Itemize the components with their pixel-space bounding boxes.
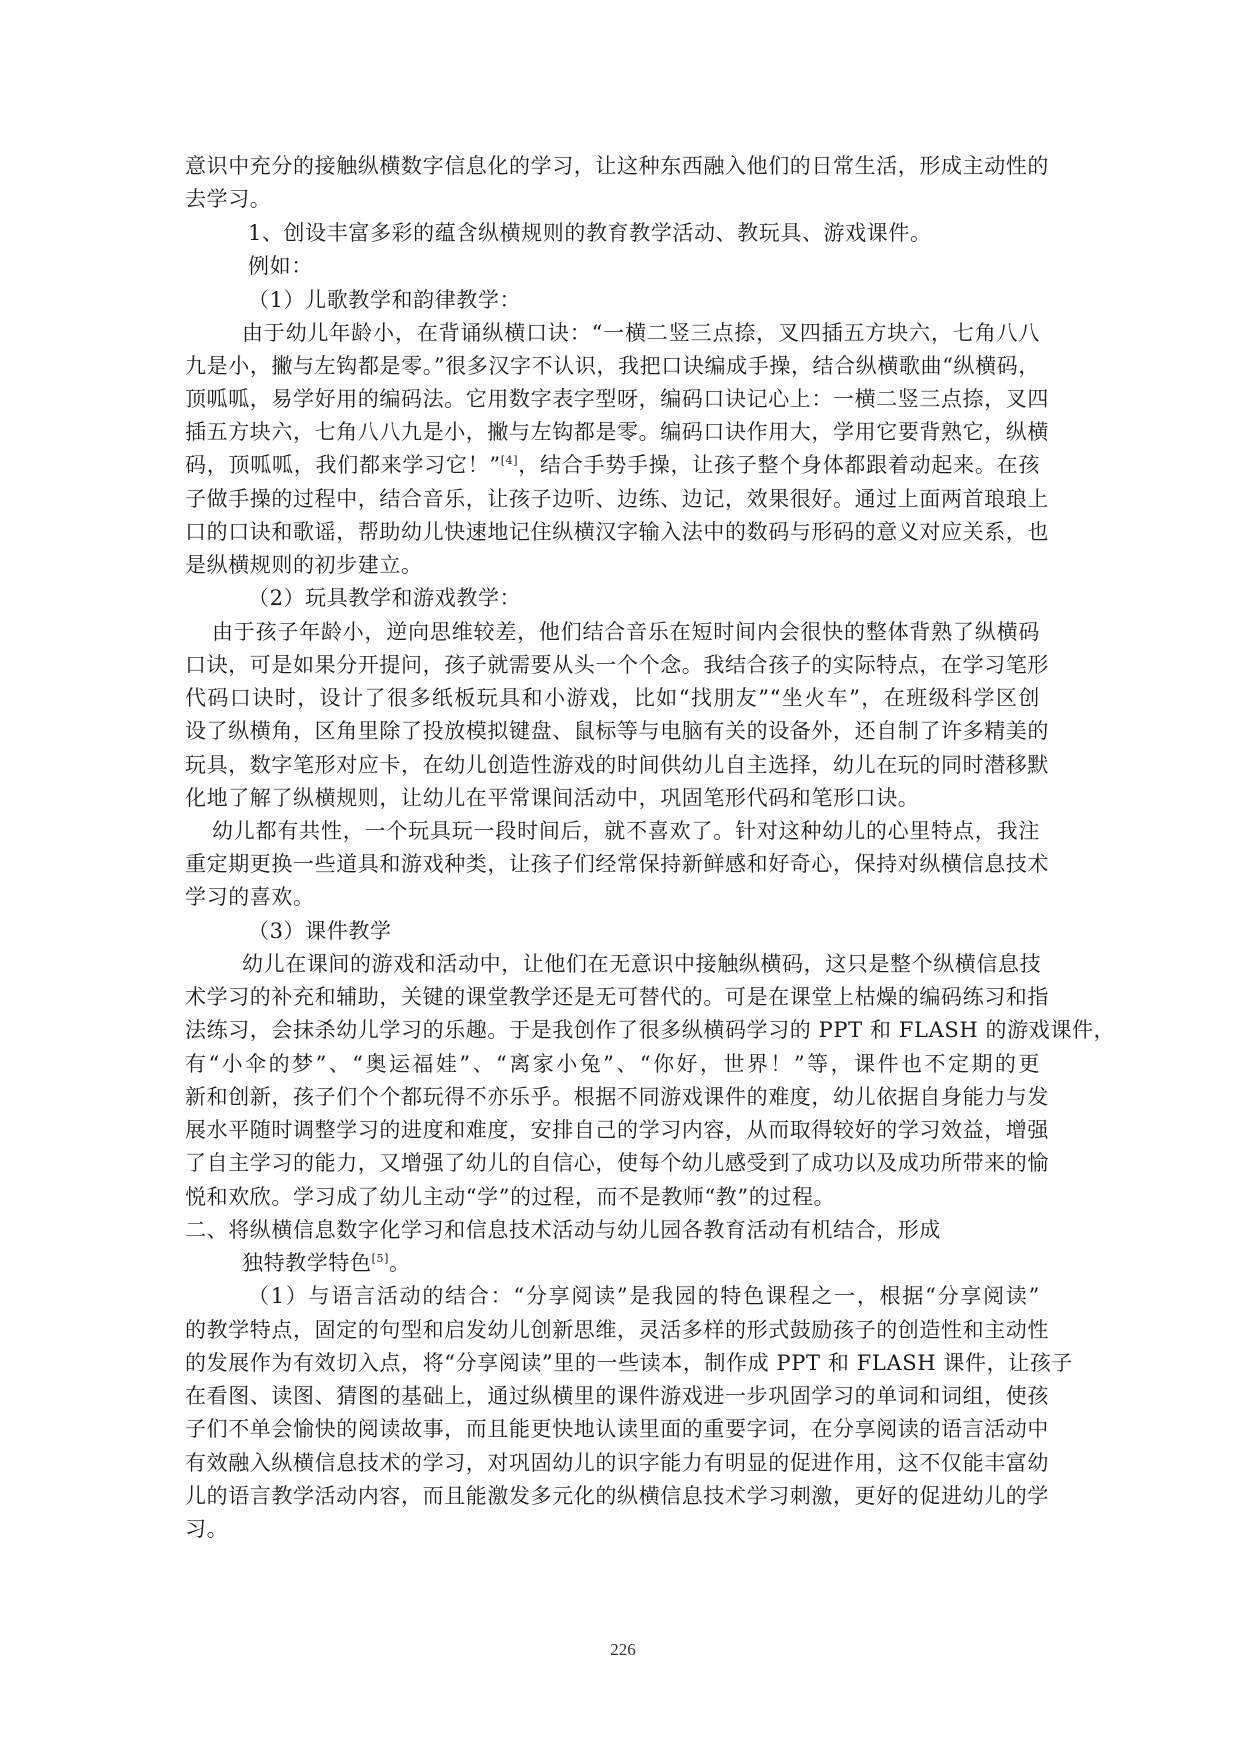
text-line: 子做手操的过程中，结合音乐，让孩子边听、边练、边记，效果很好。通过上面两首琅琅上 <box>185 486 1040 512</box>
text-line: 意识中充分的接触纵横数字信息化的学习，让这种东西融入他们的日常生活，形成主动性的 <box>185 153 1040 179</box>
text-line: 去学习。 <box>185 186 1040 212</box>
text-line: 插五方块六，七角八八九是小，撇与左钩都是零。编码口诀作用大，学用它要背熟它，纵横 <box>185 419 1040 445</box>
line-text: 顶呱呱，易学好用的编码法。它用数字表字型呀，编码口诀记心上：一横二竖三点捺，叉四 <box>185 387 1049 411</box>
text-line: 玩具，数字笔形对应卡，在幼儿创造性游戏的时间供幼儿自主选择，幼儿在玩的同时潜移默 <box>185 752 1040 778</box>
text-line: 展水平随时调整学习的进度和难度，安排自己的学习内容，从而取得较好的学习效益，增强 <box>185 1117 1040 1143</box>
line-text: 展水平随时调整学习的进度和难度，安排自己的学习内容，从而取得较好的学习效益，增强 <box>185 1118 1049 1142</box>
line-text: 二、将纵横信息数字化学习和信息技术活动与幼儿园各教育活动有机结合，形成 <box>185 1218 941 1242</box>
line-text: 口的口诀和歌谣，帮助幼儿快速地记住纵横汉字输入法中的数码与形码的意义对应关系，也 <box>185 520 1049 544</box>
line-text: 代码口诀时，设计了很多纸板玩具和小游戏，比如“找朋友”“坐火车”，在班级科学区创 <box>185 686 1040 710</box>
text-line: 学习的喜欢。 <box>185 884 1040 910</box>
text-line: 新和创新，孩子们个个都玩得不亦乐乎。根据不同游戏课件的难度，幼儿依据自身能力与发 <box>185 1084 1040 1110</box>
line-text: 意识中充分的接触纵横数字信息化的学习，让这种东西融入他们的日常生活，形成主动性的 <box>185 154 1049 178</box>
line-text: 法练习，会抹杀幼儿学习的乐趣。于是我创作了很多纵横码学习的 PPT 和 FLAS… <box>185 1018 1115 1042</box>
text-line: （1）与语言活动的结合：“分享阅读”是我园的特色课程之一，根据“分享阅读” <box>248 1283 1040 1309</box>
line-text: 习。 <box>185 1517 228 1541</box>
text-line: 码，顶呱呱，我们都来学习它！”[4]，结合手势手操，让孩子整个身体都跟着动起来。… <box>185 452 1040 478</box>
text-line: 的教学特点，固定的句型和启发幼儿创新思维，灵活多样的形式鼓励孩子的创造性和主动性 <box>185 1317 1040 1343</box>
line-text: 化地了解了纵横规则，让幼儿在平常课间活动中，巩固笔形代码和笔形口诀。 <box>185 786 919 810</box>
line-text: 插五方块六，七角八八九是小，撇与左钩都是零。编码口诀作用大，学用它要背熟它，纵横 <box>185 420 1049 444</box>
line-text: 由于幼儿年龄小，在背诵纵横口诀：“一横二竖三点捺，叉四插五方块六，七角八八 <box>242 321 1040 345</box>
line-text: 独特教学特色 <box>242 1251 372 1275</box>
line-text: 由于孩子年龄小，逆向思维较差，他们结合音乐在短时间内会很快的整体背熟了纵横码 <box>212 620 1040 644</box>
line-text-continued: ，结合手势手操，让孩子整个身体都跟着动起来。在孩 <box>518 453 1040 477</box>
text-line: 例如： <box>248 253 1040 279</box>
line-text: 子做手操的过程中，结合音乐，让孩子边听、边练、边记，效果很好。通过上面两首琅琅上 <box>185 487 1049 511</box>
text-line: 由于幼儿年龄小，在背诵纵横口诀：“一横二竖三点捺，叉四插五方块六，七角八八 <box>242 320 1040 346</box>
line-text: （2）玩具教学和游戏教学： <box>248 586 521 610</box>
page-number: 226 <box>0 1640 1246 1660</box>
text-line: （2）玩具教学和游戏教学： <box>248 585 1040 611</box>
text-line: 九是小，撇与左钩都是零。”很多汉字不认识，我把口诀编成手操，结合纵横歌曲“纵横码… <box>185 353 1040 379</box>
text-line: 口的口诀和歌谣，帮助幼儿快速地记住纵横汉字输入法中的数码与形码的意义对应关系，也 <box>185 519 1040 545</box>
line-text-continued: 。 <box>389 1251 411 1275</box>
text-line: 代码口诀时，设计了很多纸板玩具和小游戏，比如“找朋友”“坐火车”，在班级科学区创 <box>185 685 1040 711</box>
text-line: 法练习，会抹杀幼儿学习的乐趣。于是我创作了很多纵横码学习的 PPT 和 FLAS… <box>185 1017 1040 1043</box>
line-text: 重定期更换一些道具和游戏种类，让孩子们经常保持新鲜感和好奇心，保持对纵横信息技术 <box>185 852 1049 876</box>
text-line: 有效融入纵横信息技术的学习，对巩固幼儿的识字能力有明显的促进作用，这不仅能丰富幼 <box>185 1450 1040 1476</box>
citation-ref: [4] <box>501 454 518 467</box>
text-line: 顶呱呱，易学好用的编码法。它用数字表字型呀，编码口诀记心上：一横二竖三点捺，叉四 <box>185 386 1040 412</box>
text-line: 设了纵横角，区角里除了投放模拟键盘、鼠标等与电脑有关的设备外，还自制了许多精美的 <box>185 718 1040 744</box>
line-text: 是纵横规则的初步建立。 <box>185 553 423 577</box>
text-line: 悦和欢欣。学习成了幼儿主动“学”的过程，而不是教师“教”的过程。 <box>185 1184 1040 1210</box>
text-line: 习。 <box>185 1516 1040 1542</box>
text-line: 儿的语言教学活动内容，而且能激发多元化的纵横信息技术学习刺激，更好的促进幼儿的学 <box>185 1483 1040 1509</box>
line-text: 幼儿在课间的游戏和活动中，让他们在无意识中接触纵横码，这只是整个纵横信息技 <box>242 952 1041 976</box>
line-text: 玩具，数字笔形对应卡，在幼儿创造性游戏的时间供幼儿自主选择，幼儿在玩的同时潜移默 <box>185 753 1049 777</box>
citation-ref: [5] <box>372 1252 389 1265</box>
line-text: 有“小伞的梦”、“奥运福娃”、“离家小兔”、“你好，世界！”等，课件也不定期的更 <box>185 1052 1040 1076</box>
text-line: 由于孩子年龄小，逆向思维较差，他们结合音乐在短时间内会很快的整体背熟了纵横码 <box>212 619 1040 645</box>
text-line: 幼儿在课间的游戏和活动中，让他们在无意识中接触纵横码，这只是整个纵横信息技 <box>242 951 1040 977</box>
text-line: （3）课件教学 <box>248 918 1040 944</box>
line-text: 码，顶呱呱，我们都来学习它！” <box>185 453 501 477</box>
line-text: 新和创新，孩子们个个都玩得不亦乐乎。根据不同游戏课件的难度，幼儿依据自身能力与发 <box>185 1085 1049 1109</box>
text-line: 独特教学特色[5]。 <box>242 1250 1040 1276</box>
line-text: 儿的语言教学活动内容，而且能激发多元化的纵横信息技术学习刺激，更好的促进幼儿的学 <box>185 1484 1049 1508</box>
line-text: （1）儿歌教学和韵律教学： <box>248 288 521 312</box>
line-text: 术学习的补充和辅助，关键的课堂教学还是无可替代的。可是在课堂上枯燥的编码练习和指 <box>185 985 1049 1009</box>
line-text: 1、创设丰富多彩的蕴含纵横规则的教育教学活动、教玩具、游戏课件。 <box>248 221 932 245</box>
text-line: 子们不单会愉快的阅读故事，而且能更快地认读里面的重要字词，在分享阅读的语言活动中 <box>185 1416 1040 1442</box>
text-line: 口诀，可是如果分开提问，孩子就需要从头一个个念。我结合孩子的实际特点，在学习笔形 <box>185 652 1040 678</box>
line-text: 幼儿都有共性，一个玩具玩一段时间后，就不喜欢了。针对这种幼儿的心里特点，我注 <box>212 819 1040 843</box>
line-text: （3）课件教学 <box>248 919 392 943</box>
line-text: 在看图、读图、猜图的基础上，通过纵横里的课件游戏进一步巩固学习的单词和词组，使孩 <box>185 1384 1049 1408</box>
text-line: 术学习的补充和辅助，关键的课堂教学还是无可替代的。可是在课堂上枯燥的编码练习和指 <box>185 984 1040 1010</box>
text-line: （1）儿歌教学和韵律教学： <box>248 287 1040 313</box>
text-line: 化地了解了纵横规则，让幼儿在平常课间活动中，巩固笔形代码和笔形口诀。 <box>185 785 1040 811</box>
line-text: 口诀，可是如果分开提问，孩子就需要从头一个个念。我结合孩子的实际特点，在学习笔形 <box>185 653 1049 677</box>
line-text: 例如： <box>248 254 313 278</box>
document-page: 意识中充分的接触纵横数字信息化的学习，让这种东西融入他们的日常生活，形成主动性的… <box>0 0 1246 1763</box>
line-text: 去学习。 <box>185 187 271 211</box>
line-text: 的教学特点，固定的句型和启发幼儿创新思维，灵活多样的形式鼓励孩子的创造性和主动性 <box>185 1318 1049 1342</box>
text-line: 了自主学习的能力，又增强了幼儿的自信心，使每个幼儿感受到了成功以及成功所带来的愉 <box>185 1150 1040 1176</box>
line-text: 子们不单会愉快的阅读故事，而且能更快地认读里面的重要字词，在分享阅读的语言活动中 <box>185 1417 1049 1441</box>
line-text: 的发展作为有效切入点，将“分享阅读”里的一些读本，制作成 PPT 和 FLASH… <box>185 1351 1073 1375</box>
line-text: 学习的喜欢。 <box>185 885 315 909</box>
text-line: 在看图、读图、猜图的基础上，通过纵横里的课件游戏进一步巩固学习的单词和词组，使孩 <box>185 1383 1040 1409</box>
line-text: 九是小，撇与左钩都是零。”很多汉字不认识，我把口诀编成手操，结合纵横歌曲“纵横码… <box>185 354 1040 378</box>
text-line: 的发展作为有效切入点，将“分享阅读”里的一些读本，制作成 PPT 和 FLASH… <box>185 1350 1040 1376</box>
text-line: 1、创设丰富多彩的蕴含纵横规则的教育教学活动、教玩具、游戏课件。 <box>248 220 1040 246</box>
text-line: 二、将纵横信息数字化学习和信息技术活动与幼儿园各教育活动有机结合，形成 <box>185 1217 1040 1243</box>
line-text: （1）与语言活动的结合：“分享阅读”是我园的特色课程之一，根据“分享阅读” <box>248 1284 1040 1308</box>
text-line: 幼儿都有共性，一个玩具玩一段时间后，就不喜欢了。针对这种幼儿的心里特点，我注 <box>212 818 1040 844</box>
text-line: 有“小伞的梦”、“奥运福娃”、“离家小兔”、“你好，世界！”等，课件也不定期的更 <box>185 1051 1040 1077</box>
text-line: 是纵横规则的初步建立。 <box>185 552 1040 578</box>
line-text: 设了纵横角，区角里除了投放模拟键盘、鼠标等与电脑有关的设备外，还自制了许多精美的 <box>185 719 1049 743</box>
text-line: 重定期更换一些道具和游戏种类，让孩子们经常保持新鲜感和好奇心，保持对纵横信息技术 <box>185 851 1040 877</box>
line-text: 悦和欢欣。学习成了幼儿主动“学”的过程，而不是教师“教”的过程。 <box>185 1185 835 1209</box>
line-text: 了自主学习的能力，又增强了幼儿的自信心，使每个幼儿感受到了成功以及成功所带来的愉 <box>185 1151 1049 1175</box>
line-text: 有效融入纵横信息技术的学习，对巩固幼儿的识字能力有明显的促进作用，这不仅能丰富幼 <box>185 1451 1049 1475</box>
